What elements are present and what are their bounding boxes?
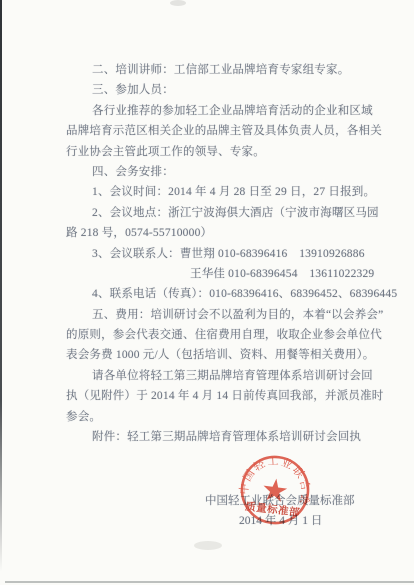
seal-star-icon	[262, 477, 288, 502]
doc-line: 请各单位将轻工第三期品牌培育管理体系培训研讨会回	[66, 366, 368, 386]
doc-line: 四、会务安排：	[66, 162, 368, 182]
doc-line: 4、联系电话（传真）：010-68396416、68396452、6839644…	[66, 284, 368, 304]
scan-artifact-bottom	[194, 541, 222, 550]
doc-line: 2、会议地点：浙江宁波海俱大酒店（宁波市海曙区马园	[66, 203, 368, 223]
doc-line: 路 218 号，0574-55710000）	[66, 223, 368, 243]
scan-bottom-edge-line	[5, 581, 414, 583]
scan-artifact-top	[170, 0, 186, 6]
doc-line: 表会务费 1000 元/人（包括培训、资料、用餐等相关费用）。	[66, 345, 368, 365]
document-body: 二、培训讲师：工信部工业品牌培育专家组专家。 三、参加人员： 各行业推荐的参加轻…	[66, 60, 368, 447]
doc-line: 3、会议联系人：曹世翔 010-68396416 13910926886	[66, 244, 368, 264]
doc-line: 附件：轻工第三期品牌培育管理体系培训研讨会回执	[66, 427, 368, 447]
doc-line: 各行业推荐的参加轻工企业品牌培育活动的企业和区域	[66, 101, 368, 121]
doc-line: 五、费用：培训研讨会不以盈利为目的，本着“以会养会”	[66, 305, 368, 325]
doc-line: 品牌培育示范区相关企业的品牌主管及具体负责人员，各相关	[66, 121, 368, 141]
doc-line: 三、参加人员：	[66, 80, 368, 100]
doc-line: 执（见附件）于 2014 年 4 月 14 日前传真回我部，并派员准时	[66, 386, 368, 406]
doc-line: 1、会议时间：2014 年 4 月 28 日至 29 日，27 日报到。	[66, 182, 368, 202]
doc-line: 王华佳 010-68396454 13611022329	[66, 264, 368, 284]
doc-line: 二、培训讲师：工信部工业品牌培育专家组专家。	[66, 60, 368, 80]
doc-line: 行业协会主管此项工作的领导、专家。	[66, 142, 368, 162]
scan-left-edge-shadow	[0, 0, 2, 572]
scanned-document-page: 二、培训讲师：工信部工业品牌培育专家组专家。 三、参加人员： 各行业推荐的参加轻…	[0, 0, 414, 585]
doc-line: 参会。	[66, 407, 368, 427]
doc-line: 的原则，参会代表交通、住宿费用自理，收取企业参会单位代	[66, 325, 368, 345]
official-seal: 中国轻工业联合会 质量标准部	[233, 448, 318, 533]
